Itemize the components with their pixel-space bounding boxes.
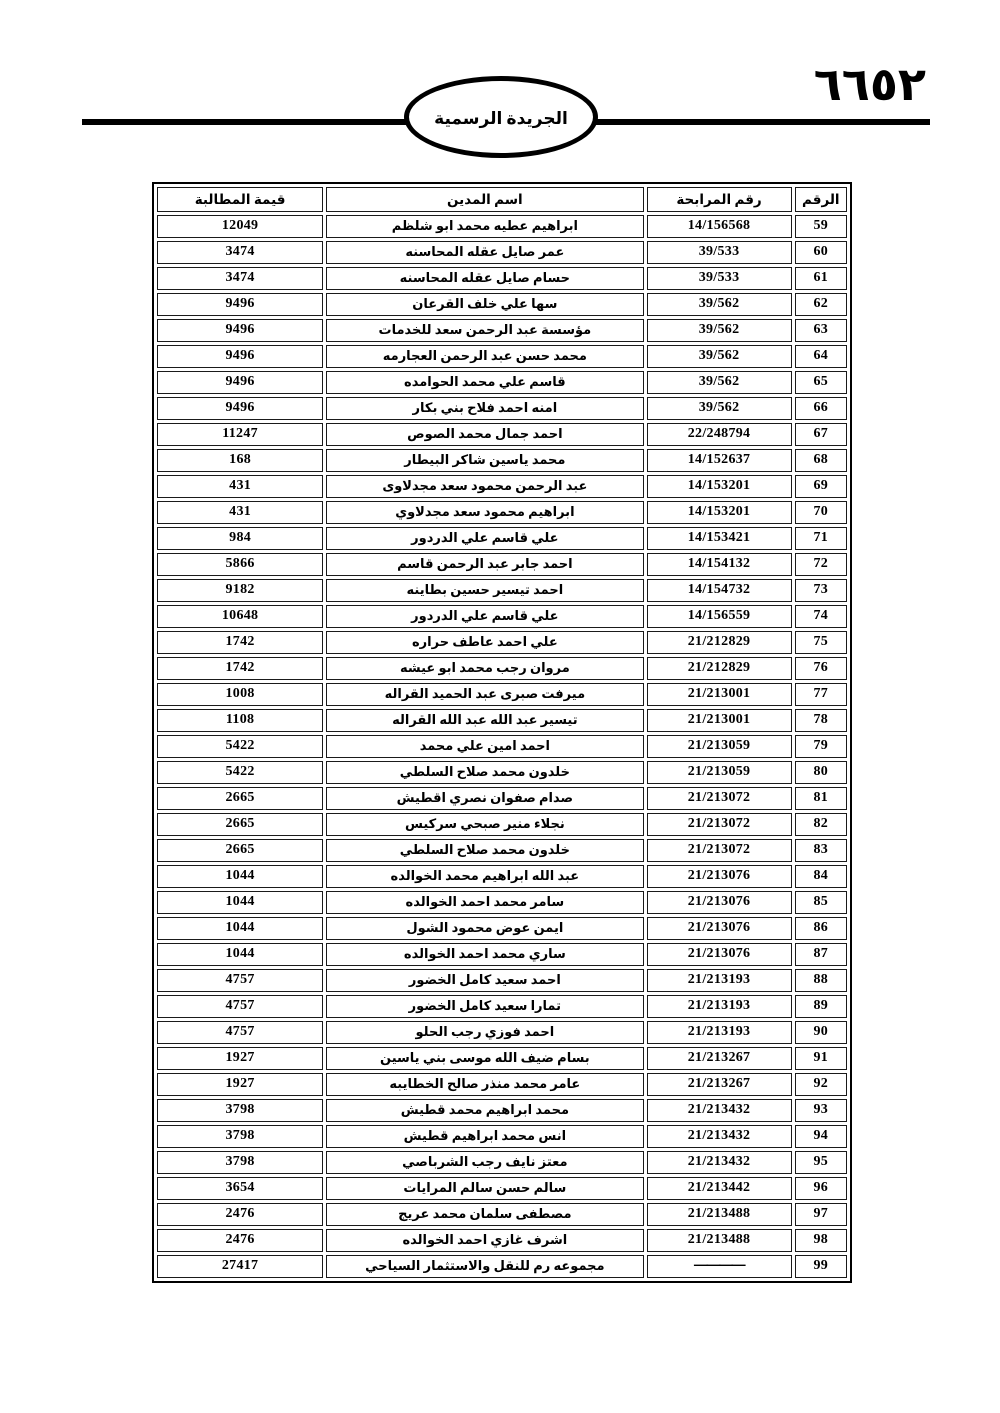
cell-index: 84: [795, 865, 847, 888]
table-row: 9221/213267عامر محمد منذر صالح الخطايبه1…: [157, 1073, 847, 1096]
cell-index: 93: [795, 1099, 847, 1122]
cell-value: 9496: [157, 319, 323, 342]
cell-name: قاسم علي محمد الحوامده: [326, 371, 643, 394]
cell-murabaha: 39/562: [647, 371, 792, 394]
cell-value: 3798: [157, 1125, 323, 1148]
cell-value: 2665: [157, 813, 323, 836]
table-row: 9121/213267بسام ضيف الله موسى بني ياسين1…: [157, 1047, 847, 1070]
cell-value: 1742: [157, 657, 323, 680]
cell-value: 11247: [157, 423, 323, 446]
cell-index: 86: [795, 917, 847, 940]
cell-value: 168: [157, 449, 323, 472]
cell-index: 99: [795, 1255, 847, 1278]
table-row: 7521/212829علي احمد عاطف حراره1742: [157, 631, 847, 654]
cell-name: ايمن عوض محمود الشول: [326, 917, 643, 940]
table-row: 7621/212829مروان رجب محمد ابو عيشه1742: [157, 657, 847, 680]
cell-index: 69: [795, 475, 847, 498]
cell-name: مصطفى سلمان محمد عريج: [326, 1203, 643, 1226]
cell-index: 80: [795, 761, 847, 784]
cell-name: بسام ضيف الله موسى بني ياسين: [326, 1047, 643, 1070]
cell-index: 88: [795, 969, 847, 992]
table-row: 7314/154732احمد تيسير حسين بطاينه9182: [157, 579, 847, 602]
table-row: 7214/154132احمد جابر عبد الرحمن قاسم5866: [157, 553, 847, 576]
cell-name: ابراهيم محمود سعد مجدلاوي: [326, 501, 643, 524]
cell-name: عبد الرحمن محمود سعد مجدلاوى: [326, 475, 643, 498]
cell-index: 92: [795, 1073, 847, 1096]
cell-value: 5422: [157, 735, 323, 758]
cell-name: اشرف غازي احمد الخوالده: [326, 1229, 643, 1252]
cell-name: احمد سعيد كامل الخضور: [326, 969, 643, 992]
cell-murabaha: 21/213432: [647, 1125, 792, 1148]
cell-index: 87: [795, 943, 847, 966]
cell-value: 9496: [157, 371, 323, 394]
cell-index: 82: [795, 813, 847, 836]
cell-name: ساري محمد احمد الخوالده: [326, 943, 643, 966]
cell-murabaha: 14/156568: [647, 215, 792, 238]
cell-value: 3654: [157, 1177, 323, 1200]
cell-murabaha: 21/213076: [647, 943, 792, 966]
cell-value: 431: [157, 475, 323, 498]
cell-murabaha: 21/213488: [647, 1229, 792, 1252]
cell-index: 68: [795, 449, 847, 472]
cell-murabaha: 21/213059: [647, 761, 792, 784]
cell-value: 12049: [157, 215, 323, 238]
table-row: 6039/533عمر صايل عقله المحاسنه3474: [157, 241, 847, 264]
table-row: 6914/153201عبد الرحمن محمود سعد مجدلاوى4…: [157, 475, 847, 498]
cell-index: 76: [795, 657, 847, 680]
cell-name: علي قاسم علي الدردور: [326, 605, 643, 628]
cell-murabaha: 21/213001: [647, 683, 792, 706]
dash-placeholder: ————: [694, 1255, 744, 1278]
table-row: 99————مجموعه رم للنقل والاستثمار السياحي…: [157, 1255, 847, 1278]
cell-name: نجلاء منير صبحي سركيس: [326, 813, 643, 836]
cell-name: احمد تيسير حسين بطاينه: [326, 579, 643, 602]
cell-index: 70: [795, 501, 847, 524]
page-number: ٦٦٥٢: [814, 62, 926, 108]
cell-murabaha: 39/562: [647, 319, 792, 342]
cell-index: 67: [795, 423, 847, 446]
cell-name: تيسير عبد الله عبد الله القراله: [326, 709, 643, 732]
header-claim-value: قيمة المطالبة: [157, 187, 323, 212]
cell-name: حسام صايل عقله المحاسنه: [326, 267, 643, 290]
gazette-oval: الجريدة الرسمية: [404, 76, 598, 158]
cell-value: 3474: [157, 241, 323, 264]
cell-value: 3474: [157, 267, 323, 290]
cell-murabaha: 14/154132: [647, 553, 792, 576]
cell-index: 97: [795, 1203, 847, 1226]
cell-murabaha: 39/533: [647, 241, 792, 264]
table-row: 7821/213001تيسير عبد الله عبد الله القرا…: [157, 709, 847, 732]
cell-index: 59: [795, 215, 847, 238]
cell-name: ميرفت صبرى عبد الحميد القراله: [326, 683, 643, 706]
cell-index: 94: [795, 1125, 847, 1148]
table-row: 7721/213001ميرفت صبرى عبد الحميد القراله…: [157, 683, 847, 706]
cell-value: 2476: [157, 1203, 323, 1226]
cell-murabaha: 14/153201: [647, 501, 792, 524]
cell-murabaha: 21/212829: [647, 657, 792, 680]
cell-murabaha: 21/213001: [647, 709, 792, 732]
cell-name: علي قاسم علي الدردور: [326, 527, 643, 550]
cell-value: 984: [157, 527, 323, 550]
cell-value: 5866: [157, 553, 323, 576]
cell-value: 431: [157, 501, 323, 524]
cell-name: مؤسسة عبد الرحمن سعد للخدمات: [326, 319, 643, 342]
cell-index: 60: [795, 241, 847, 264]
cell-name: عامر محمد منذر صالح الخطايبه: [326, 1073, 643, 1096]
table-row: 9721/213488مصطفى سلمان محمد عريج2476: [157, 1203, 847, 1226]
cell-index: 96: [795, 1177, 847, 1200]
cell-murabaha: 21/213059: [647, 735, 792, 758]
cell-value: 2665: [157, 839, 323, 862]
cell-murabaha: 14/152637: [647, 449, 792, 472]
cell-name: امنه احمد فلاح بني بكار: [326, 397, 643, 420]
cell-name: ابراهيم عطيه محمد ابو شلظم: [326, 215, 643, 238]
cell-index: 62: [795, 293, 847, 316]
cell-murabaha: 21/213432: [647, 1099, 792, 1122]
cell-name: محمد حسن عبد الرحمن العجارمه: [326, 345, 643, 368]
table-row: 9821/213488اشرف غازي احمد الخوالده2476: [157, 1229, 847, 1252]
cell-index: 65: [795, 371, 847, 394]
table-row: 8921/213193تمارا سعيد كامل الخضور4757: [157, 995, 847, 1018]
cell-murabaha: 21/213193: [647, 995, 792, 1018]
cell-murabaha: 21/213193: [647, 1021, 792, 1044]
cell-index: 71: [795, 527, 847, 550]
table-row: 9621/213442سالم حسن سالم المرايات3654: [157, 1177, 847, 1200]
cell-murabaha: 21/213072: [647, 813, 792, 836]
gazette-page: ٦٦٥٢ الجريدة الرسمية الرقم رقم المرابحة …: [0, 0, 1000, 1413]
cell-value: 2476: [157, 1229, 323, 1252]
table-row: 8321/213072خلدون محمد صلاح السلطي2665: [157, 839, 847, 862]
table-row: 7921/213059احمد امين علي محمد5422: [157, 735, 847, 758]
gazette-title: الجريدة الرسمية: [434, 105, 568, 129]
cell-name: احمد جابر عبد الرحمن قاسم: [326, 553, 643, 576]
cell-value: 1927: [157, 1047, 323, 1070]
table-row: 6339/562مؤسسة عبد الرحمن سعد للخدمات9496: [157, 319, 847, 342]
cell-index: 83: [795, 839, 847, 862]
cell-index: 77: [795, 683, 847, 706]
cell-value: 27417: [157, 1255, 323, 1278]
cell-murabaha: 14/153421: [647, 527, 792, 550]
cell-name: علي احمد عاطف حراره: [326, 631, 643, 654]
cell-value: 9496: [157, 293, 323, 316]
cell-value: 10648: [157, 605, 323, 628]
cell-name: مروان رجب محمد ابو عيشه: [326, 657, 643, 680]
cell-index: 79: [795, 735, 847, 758]
cell-value: 4757: [157, 969, 323, 992]
table-row: 9021/213193احمد فوزي رجب الحلو4757: [157, 1021, 847, 1044]
cell-name: انس محمد ابراهيم قطيش: [326, 1125, 643, 1148]
cell-name: سامر محمد احمد الخوالده: [326, 891, 643, 914]
table-row: 6722/248794احمد جمال محمد الصوص11247: [157, 423, 847, 446]
table-body: 5914/156568ابراهيم عطيه محمد ابو شلظم120…: [157, 215, 847, 1278]
table-header: الرقم رقم المرابحة اسم المدين قيمة المطا…: [157, 187, 847, 212]
cell-value: 1742: [157, 631, 323, 654]
cell-murabaha: 22/248794: [647, 423, 792, 446]
table-row: 9321/213432محمد ابراهيم محمد قطيش3798: [157, 1099, 847, 1122]
cell-index: 81: [795, 787, 847, 810]
cell-index: 75: [795, 631, 847, 654]
cell-name: معتز نايف رجب الشرباصي: [326, 1151, 643, 1174]
cell-name: سها علي خلف القرعان: [326, 293, 643, 316]
cell-value: 1927: [157, 1073, 323, 1096]
cell-name: عبد الله ابراهيم محمد الخوالده: [326, 865, 643, 888]
cell-murabaha: ————: [647, 1255, 792, 1278]
cell-value: 3798: [157, 1099, 323, 1122]
cell-value: 1108: [157, 709, 323, 732]
table-row: 8521/213076سامر محمد احمد الخوالده1044: [157, 891, 847, 914]
table-row: 8821/213193احمد سعيد كامل الخضور4757: [157, 969, 847, 992]
cell-index: 64: [795, 345, 847, 368]
table-row: 6814/152637محمد ياسين شاكر البيطار168: [157, 449, 847, 472]
cell-index: 74: [795, 605, 847, 628]
cell-murabaha: 21/213193: [647, 969, 792, 992]
table-row: 8121/213072صدام صفوان نصري اقطيش2665: [157, 787, 847, 810]
cell-index: 61: [795, 267, 847, 290]
cell-murabaha: 21/212829: [647, 631, 792, 654]
cell-value: 4757: [157, 995, 323, 1018]
cell-value: 1008: [157, 683, 323, 706]
cell-name: صدام صفوان نصري اقطيش: [326, 787, 643, 810]
cell-murabaha: 14/156559: [647, 605, 792, 628]
cell-name: محمد ابراهيم محمد قطيش: [326, 1099, 643, 1122]
table-row: 6439/562محمد حسن عبد الرحمن العجارمه9496: [157, 345, 847, 368]
table-header-row: الرقم رقم المرابحة اسم المدين قيمة المطا…: [157, 187, 847, 212]
table-row: 7114/153421علي قاسم علي الدردور984: [157, 527, 847, 550]
cell-index: 78: [795, 709, 847, 732]
cell-index: 89: [795, 995, 847, 1018]
cell-value: 1044: [157, 891, 323, 914]
header-index: الرقم: [795, 187, 847, 212]
cell-name: محمد ياسين شاكر البيطار: [326, 449, 643, 472]
cell-index: 63: [795, 319, 847, 342]
cell-value: 1044: [157, 865, 323, 888]
table-row: 6139/533حسام صايل عقله المحاسنه3474: [157, 267, 847, 290]
header-debtor-name: اسم المدين: [326, 187, 643, 212]
cell-murabaha: 39/533: [647, 267, 792, 290]
cell-murabaha: 21/213442: [647, 1177, 792, 1200]
cell-value: 9496: [157, 345, 323, 368]
cell-index: 73: [795, 579, 847, 602]
cell-murabaha: 21/213267: [647, 1047, 792, 1070]
cell-name: احمد فوزي رجب الحلو: [326, 1021, 643, 1044]
cell-murabaha: 21/213072: [647, 787, 792, 810]
cell-name: تمارا سعيد كامل الخضور: [326, 995, 643, 1018]
cell-murabaha: 14/153201: [647, 475, 792, 498]
cell-index: 90: [795, 1021, 847, 1044]
header-murabaha-number: رقم المرابحة: [647, 187, 792, 212]
table-row: 8021/213059خلدون محمد صلاح السلطي5422: [157, 761, 847, 784]
cell-murabaha: 21/213072: [647, 839, 792, 862]
cell-murabaha: 21/213076: [647, 891, 792, 914]
cell-murabaha: 21/213076: [647, 865, 792, 888]
debtors-table: الرقم رقم المرابحة اسم المدين قيمة المطا…: [152, 182, 852, 1283]
cell-name: عمر صايل عقله المحاسنه: [326, 241, 643, 264]
cell-value: 4757: [157, 1021, 323, 1044]
cell-murabaha: 14/154732: [647, 579, 792, 602]
table-row: 8621/213076ايمن عوض محمود الشول1044: [157, 917, 847, 940]
table-row: 7414/156559علي قاسم علي الدردور10648: [157, 605, 847, 628]
cell-index: 95: [795, 1151, 847, 1174]
cell-name: مجموعه رم للنقل والاستثمار السياحي: [326, 1255, 643, 1278]
cell-murabaha: 39/562: [647, 397, 792, 420]
cell-murabaha: 21/213076: [647, 917, 792, 940]
cell-name: احمد جمال محمد الصوص: [326, 423, 643, 446]
table-row: 6539/562قاسم علي محمد الحوامده9496: [157, 371, 847, 394]
table-row: 9421/213432انس محمد ابراهيم قطيش3798: [157, 1125, 847, 1148]
cell-value: 9496: [157, 397, 323, 420]
table-row: 8421/213076عبد الله ابراهيم محمد الخوالد…: [157, 865, 847, 888]
cell-value: 9182: [157, 579, 323, 602]
table-row: 7014/153201ابراهيم محمود سعد مجدلاوي431: [157, 501, 847, 524]
cell-index: 85: [795, 891, 847, 914]
cell-value: 1044: [157, 917, 323, 940]
cell-value: 3798: [157, 1151, 323, 1174]
cell-murabaha: 21/213267: [647, 1073, 792, 1096]
cell-value: 1044: [157, 943, 323, 966]
cell-name: احمد امين علي محمد: [326, 735, 643, 758]
table-row: 6239/562سها علي خلف القرعان9496: [157, 293, 847, 316]
cell-murabaha: 39/562: [647, 345, 792, 368]
table-row: 5914/156568ابراهيم عطيه محمد ابو شلظم120…: [157, 215, 847, 238]
cell-index: 72: [795, 553, 847, 576]
cell-index: 66: [795, 397, 847, 420]
cell-value: 2665: [157, 787, 323, 810]
table-row: 8721/213076ساري محمد احمد الخوالده1044: [157, 943, 847, 966]
cell-index: 98: [795, 1229, 847, 1252]
cell-name: سالم حسن سالم المرايات: [326, 1177, 643, 1200]
cell-value: 5422: [157, 761, 323, 784]
table-row: 8221/213072نجلاء منير صبحي سركيس2665: [157, 813, 847, 836]
cell-murabaha: 21/213488: [647, 1203, 792, 1226]
cell-name: خلدون محمد صلاح السلطي: [326, 839, 643, 862]
cell-murabaha: 39/562: [647, 293, 792, 316]
cell-murabaha: 21/213432: [647, 1151, 792, 1174]
table-row: 9521/213432معتز نايف رجب الشرباصي3798: [157, 1151, 847, 1174]
cell-index: 91: [795, 1047, 847, 1070]
table-row: 6639/562امنه احمد فلاح بني بكار9496: [157, 397, 847, 420]
cell-name: خلدون محمد صلاح السلطي: [326, 761, 643, 784]
